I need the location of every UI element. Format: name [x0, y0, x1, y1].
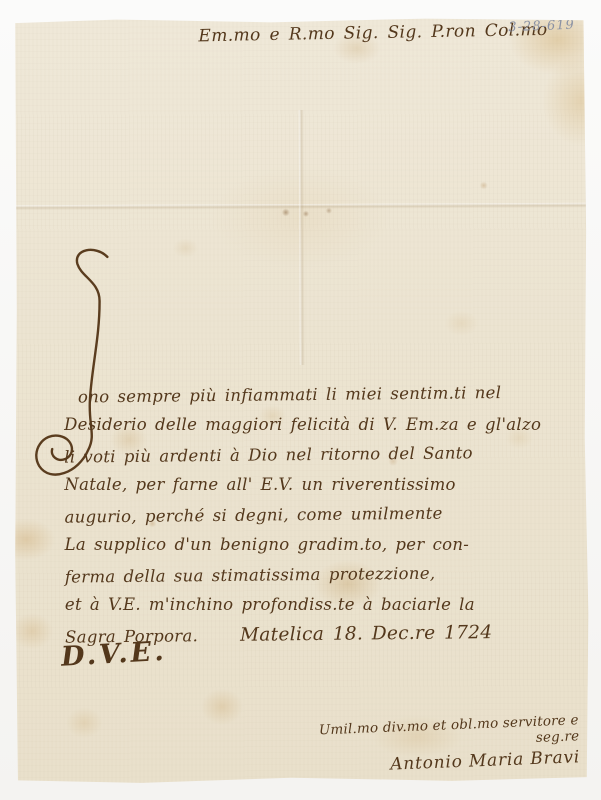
signature-block: Umil.mo div.mo et obl.mo servitore e seg…	[317, 712, 581, 777]
place-and-date: Matelica 18. Dec.re 1724	[240, 618, 493, 651]
letter-body: ono sempre più infiammati li miei sentim…	[64, 379, 579, 651]
salutation-line: Em.mo e R.mo Sig. Sig. P.ron Col.mo	[198, 21, 468, 46]
scanner-background: Em.mo e R.mo Sig. Sig. P.ron Col.mo 3-28…	[0, 0, 601, 800]
body-line: ono sempre più infiammati li miei sentim…	[64, 377, 578, 412]
body-line: Natale, per farne all' E.V. un riverenti…	[64, 470, 578, 500]
body-line: ferma della sua stimatissima protezzione…	[65, 557, 579, 592]
letter-paper: Em.mo e R.mo Sig. Sig. P.ron Col.mo 3-28…	[12, 17, 589, 784]
body-line: augurio, perché si degni, come umilmente	[64, 497, 578, 532]
body-line: et à V.E. m'inchino profondiss.te à baci…	[65, 590, 579, 620]
valediction-initials: D.V.E.	[60, 636, 167, 673]
archive-number: 3-28-619	[508, 18, 575, 36]
body-line: Desiderio delle maggiori felicità di V. …	[64, 410, 578, 440]
body-line: li voti più ardenti à Dio nel ritorno de…	[64, 437, 578, 472]
body-line: La supplico d'un benigno gradim.to, per …	[65, 530, 579, 560]
vertical-fold-crease	[299, 110, 305, 365]
